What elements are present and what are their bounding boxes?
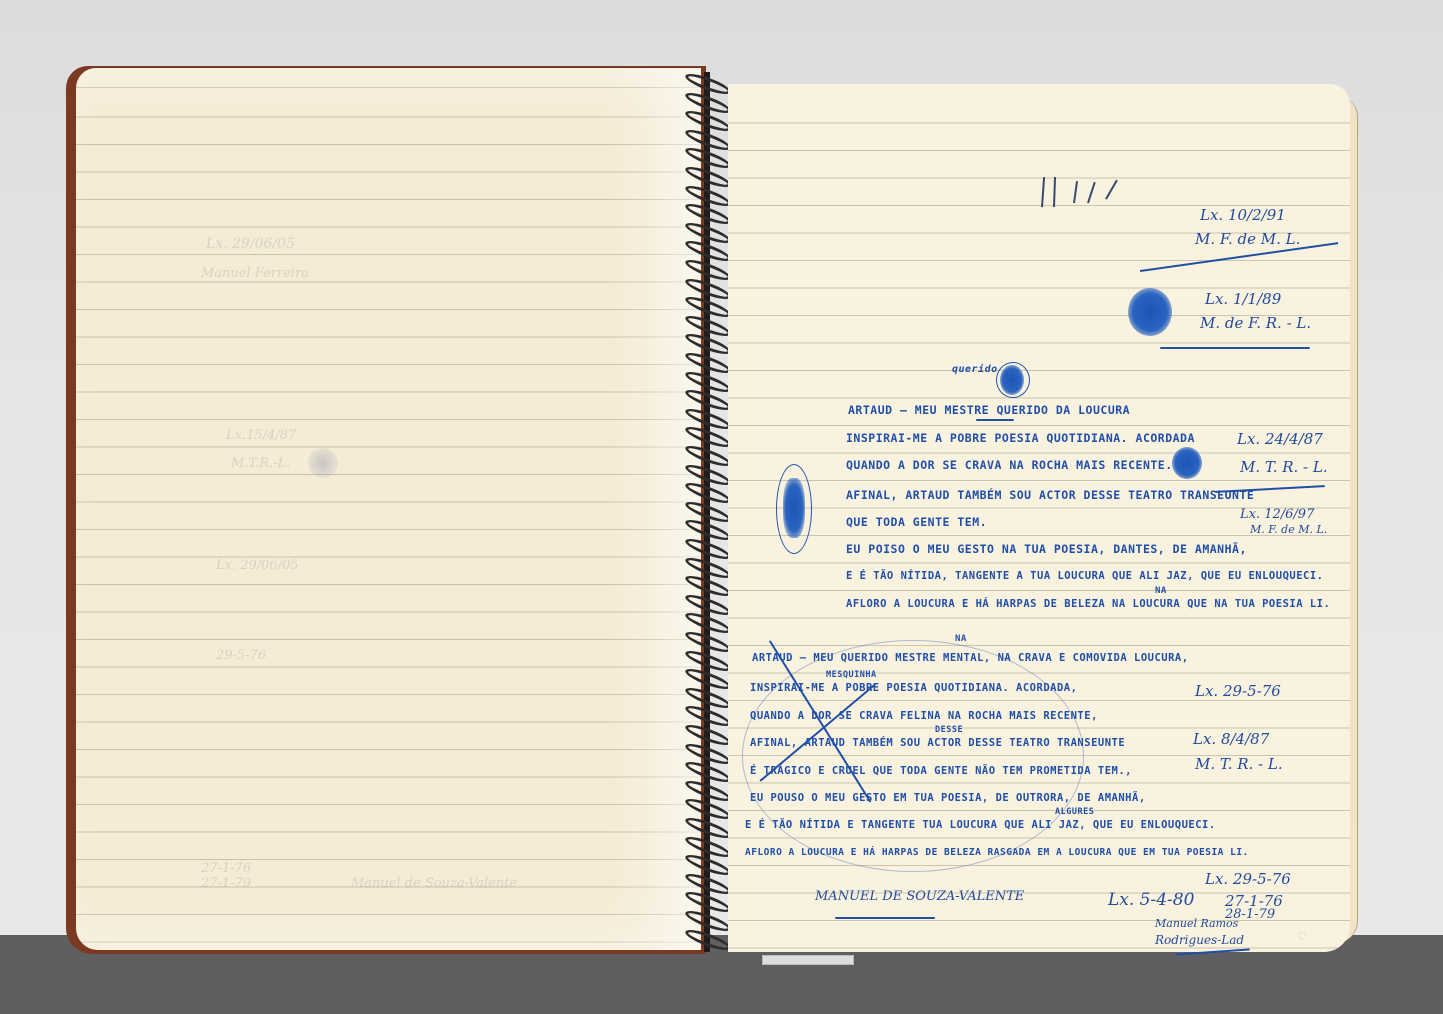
poem-1-line: AFLORO A LOUCURA E HÁ HARPAS DE BELEZA N… bbox=[846, 598, 1330, 610]
poem-1-line: INSPIRAI-ME A POBRE POESIA QUOTIDIANA. A… bbox=[846, 431, 1195, 445]
faint-text: 29-5-76 bbox=[216, 648, 266, 663]
ink-scribble bbox=[1128, 288, 1172, 336]
bottom-signature: Manuel Ramos bbox=[1155, 917, 1238, 930]
faint-text: M.T.R.-L. bbox=[231, 456, 290, 471]
poem-1-line: QUANDO A DOR SE CRAVA NA ROCHA MAIS RECE… bbox=[846, 458, 1173, 472]
stamp-mark-icon: ♡ bbox=[1297, 930, 1307, 943]
margin-date: Lx. 24/4/87 bbox=[1237, 430, 1323, 448]
margin-date: Lx. 1/1/89 bbox=[1205, 290, 1281, 308]
left-page: Lx. 29/06/05 Manuel Ferreira Lx.15/4/87 … bbox=[76, 68, 701, 950]
faint-scribble bbox=[308, 448, 338, 478]
insertion: NA bbox=[1155, 586, 1167, 596]
faint-text: Lx. 29/06/05 bbox=[206, 236, 295, 252]
paper-tab bbox=[762, 955, 854, 965]
margin-date: Lx. 10/2/91 bbox=[1200, 206, 1286, 224]
ink-scribble bbox=[1172, 447, 1202, 479]
cross-out-loops bbox=[742, 640, 1084, 872]
insertion: NA bbox=[955, 634, 967, 644]
margin-signature: M. F. de M. L. bbox=[1250, 523, 1327, 536]
footer-date: Lx. 29-5-76 bbox=[1205, 870, 1291, 888]
margin-signature: M. de F. R. - L. bbox=[1200, 314, 1311, 332]
poem-1-line: QUE TODA GENTE TEM. bbox=[846, 515, 987, 529]
bottom-signature: Rodrigues-Lad bbox=[1155, 933, 1244, 947]
margin-date: Lx. 29-5-76 bbox=[1195, 682, 1281, 700]
author-signature: MANUEL DE SOUZA-VALENTE bbox=[815, 889, 1024, 904]
faint-text: Lx.15/4/87 bbox=[226, 428, 296, 443]
faint-text: Manuel Ferreira bbox=[201, 266, 309, 281]
ink-circle bbox=[776, 464, 812, 554]
margin-date: Lx. 8/4/87 bbox=[1193, 730, 1269, 748]
faint-text: Manuel de Souza-Valente bbox=[351, 876, 517, 891]
margin-date: Lx. 12/6/97 bbox=[1240, 507, 1314, 522]
poem-1-line: EU POISO O MEU GESTO NA TUA POESIA, DANT… bbox=[846, 542, 1247, 556]
margin-signature: M. T. R. - L. bbox=[1195, 755, 1283, 773]
insertion: querido bbox=[952, 364, 998, 375]
tick-marks bbox=[1035, 173, 1125, 213]
margin-signature: M. T. R. - L. bbox=[1240, 458, 1328, 476]
divider-line bbox=[1160, 347, 1310, 349]
faint-text: Lx. 29/06/05 bbox=[216, 558, 299, 573]
ink-circle bbox=[996, 362, 1030, 398]
poem-1-line: E É TÃO NÍTIDA, TANGENTE A TUA LOUCURA Q… bbox=[846, 570, 1324, 582]
faint-text: 27-1-76 bbox=[201, 861, 251, 876]
poem-1-line: ARTAUD – MEU MESTRE QUERIDO DA LOUCURA bbox=[848, 403, 1130, 417]
faint-text: 27-1-79 bbox=[201, 876, 251, 891]
signature-underline bbox=[835, 917, 935, 919]
footer-date: Lx. 5-4-80 bbox=[1108, 890, 1194, 910]
poem-1-line: AFINAL, ARTAUD TAMBÉM SOU ACTOR DESSE TE… bbox=[846, 488, 1254, 502]
margin-signature: M. F. de M. L. bbox=[1195, 230, 1300, 248]
underline bbox=[976, 419, 1014, 421]
